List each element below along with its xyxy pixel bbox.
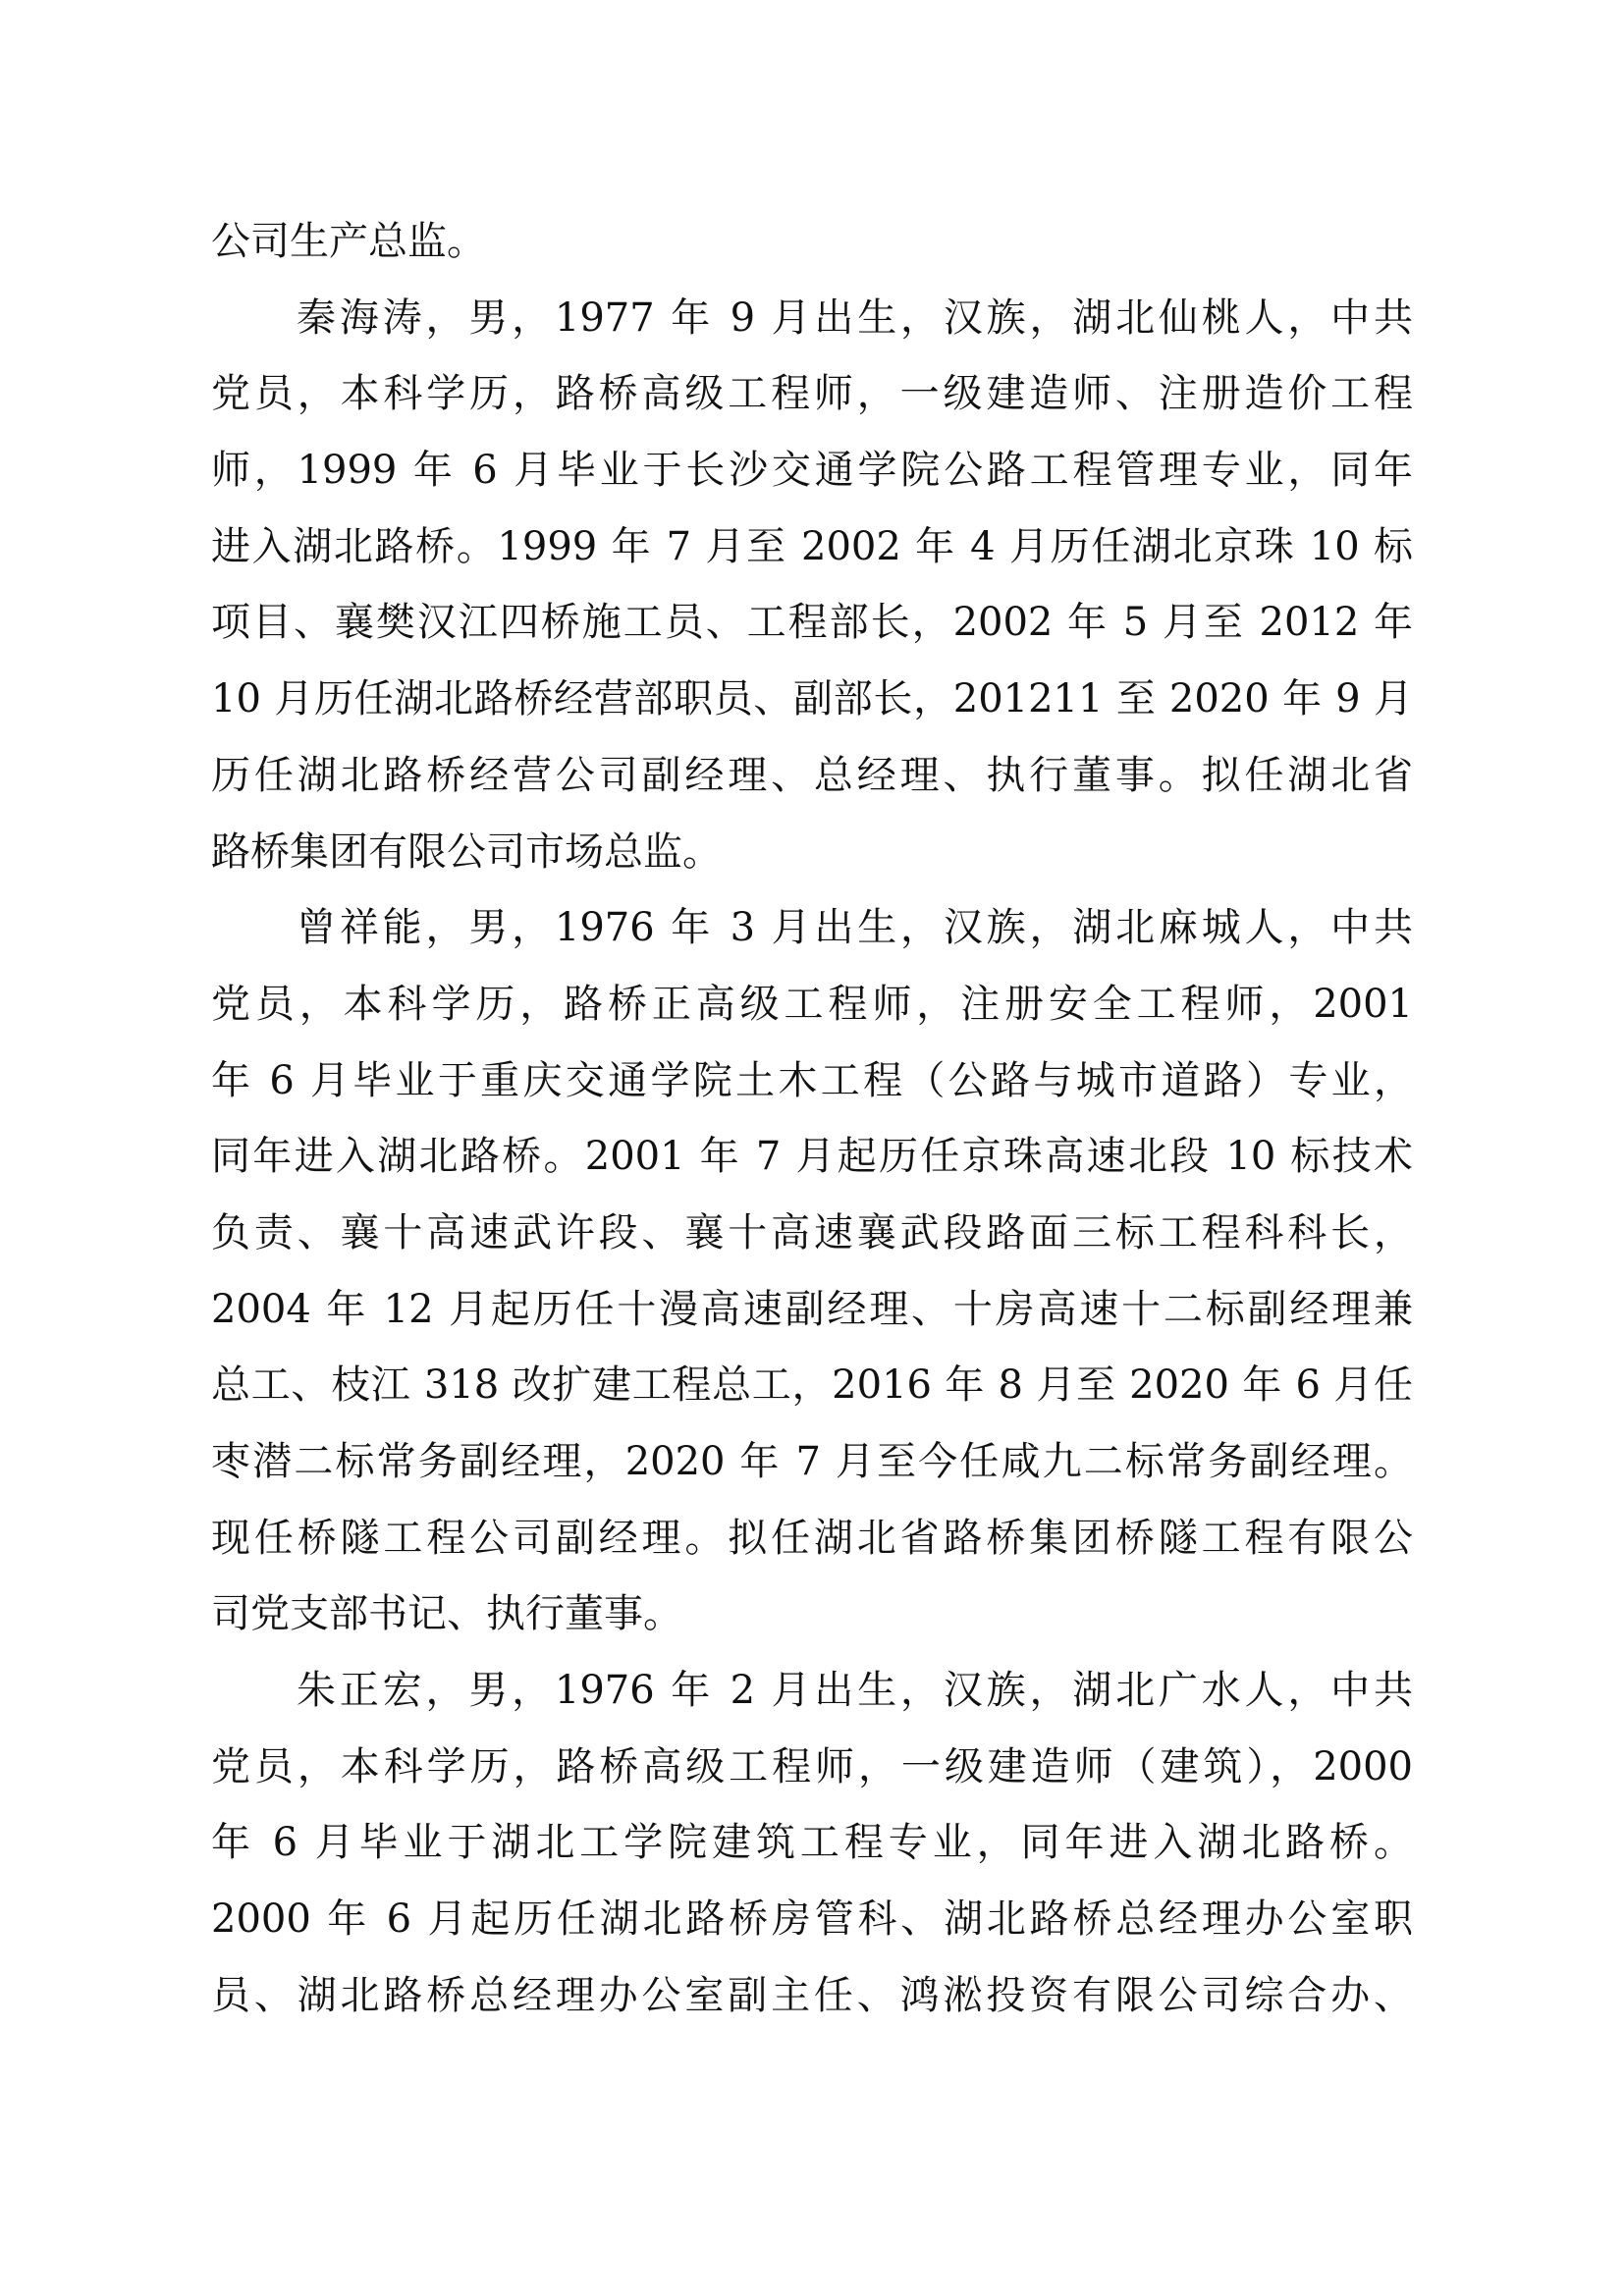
text-line: 枣潜二标常务副经理，2020 年 7 月至今任咸九二标常务副经理。 <box>211 1424 1413 1501</box>
paragraph-qin-haitao: 秦海涛，男，1977 年 9 月出生，汉族，湖北仙桃人，中共 党员，本科学历，路… <box>211 281 1413 891</box>
text-line: 党员，本科学历，路桥高级工程师，一级建造师、注册造价工程 <box>211 356 1413 433</box>
text-line: 10 月历任湖北路桥经营部职员、副部长，201211 至 2020 年 9 月 <box>211 662 1413 738</box>
text-line: 总工、枝江 318 改扩建工程总工，2016 年 8 月至 2020 年 6 月… <box>211 1348 1413 1424</box>
document-body: 公司生产总监。 秦海涛，男，1977 年 9 月出生，汉族，湖北仙桃人，中共 党… <box>211 204 1413 2035</box>
text-line: 年 6 月毕业于重庆交通学院土木工程（公路与城市道路）专业， <box>211 1043 1413 1120</box>
text-line: 项目、襄樊汉江四桥施工员、工程部长，2002 年 5 月至 2012 年 <box>211 585 1413 662</box>
text-line: 秦海涛，男，1977 年 9 月出生，汉族，湖北仙桃人，中共 <box>211 281 1413 357</box>
text-line: 同年进入湖北路桥。2001 年 7 月起历任京珠高速北段 10 标技术 <box>211 1119 1413 1196</box>
text-line: 年 6 月毕业于湖北工学院建筑工程专业，同年进入湖北路桥。 <box>211 1805 1413 1882</box>
text-line: 党员，本科学历，路桥高级工程师，一级建造师（建筑），2000 <box>211 1730 1413 1806</box>
text-line: 负责、襄十高速武许段、襄十高速襄武段路面三标工程科科长， <box>211 1196 1413 1272</box>
document-page: 公司生产总监。 秦海涛，男，1977 年 9 月出生，汉族，湖北仙桃人，中共 党… <box>0 0 1624 2296</box>
text-line: 进入湖北路桥。1999 年 7 月至 2002 年 4 月历任湖北京珠 10 标 <box>211 509 1413 586</box>
text-line: 朱正宏，男，1976 年 2 月出生，汉族，湖北广水人，中共 <box>211 1653 1413 1730</box>
text-line: 公司生产总监。 <box>211 204 1413 281</box>
paragraph-zhu-zhenghong: 朱正宏，男，1976 年 2 月出生，汉族，湖北广水人，中共 党员，本科学历，路… <box>211 1653 1413 2034</box>
text-line: 路桥集团有限公司市场总监。 <box>211 815 1413 891</box>
text-line: 司党支部书记、执行董事。 <box>211 1576 1413 1653</box>
text-line: 2000 年 6 月起历任湖北路桥房管科、湖北路桥总经理办公室职 <box>211 1882 1413 1958</box>
text-line: 师，1999 年 6 月毕业于长沙交通学院公路工程管理专业，同年 <box>211 433 1413 509</box>
text-line: 员、湖北路桥总经理办公室副主任、鸿淞投资有限公司综合办、 <box>211 1958 1413 2035</box>
text-line: 历任湖北路桥经营公司副经理、总经理、执行董事。拟任湖北省 <box>211 738 1413 815</box>
text-line: 曾祥能，男，1976 年 3 月出生，汉族，湖北麻城人，中共 <box>211 890 1413 967</box>
paragraph-continuation: 公司生产总监。 <box>211 204 1413 281</box>
text-line: 2004 年 12 月起历任十漫高速副经理、十房高速十二标副经理兼 <box>211 1272 1413 1349</box>
text-line: 现任桥隧工程公司副经理。拟任湖北省路桥集团桥隧工程有限公 <box>211 1501 1413 1577</box>
paragraph-zeng-xiangneng: 曾祥能，男，1976 年 3 月出生，汉族，湖北麻城人，中共 党员，本科学历，路… <box>211 890 1413 1653</box>
text-line: 党员，本科学历，路桥正高级工程师，注册安全工程师，2001 <box>211 967 1413 1043</box>
